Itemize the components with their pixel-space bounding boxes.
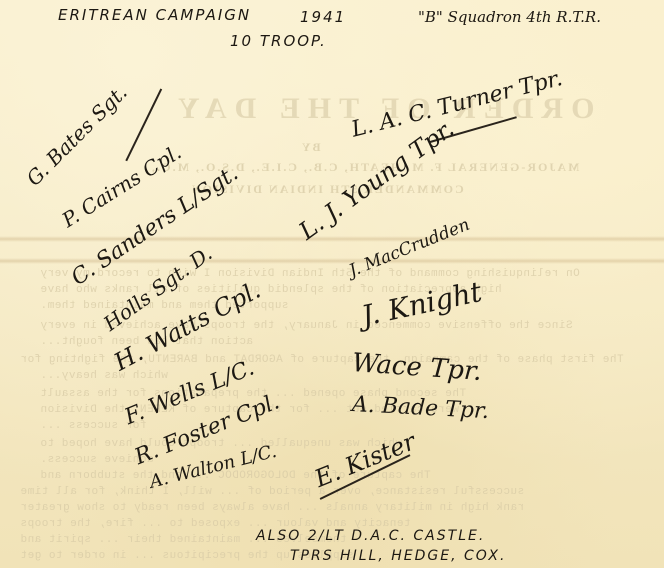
signature-name: A. Bade — [351, 392, 438, 421]
bleed-line: rank high in military annals ... have al… — [20, 502, 524, 514]
header-unit: "B" Squadron 4th R.T.R. — [418, 8, 601, 26]
bleed-line: which was heavy... — [40, 370, 168, 382]
footer-line-1: ALSO 2/LT D.A.C. CASTLE. — [256, 528, 485, 544]
bleed-line: On relinquishing command of the 5th Indi… — [40, 268, 580, 280]
header-troop: 10 TROOP. — [230, 32, 327, 50]
bleed-line: successful resistance, over a period of … — [20, 486, 524, 498]
paper-fold — [0, 236, 664, 242]
signature-rank: Tpr. — [444, 397, 489, 424]
bleed-line: The first phase of the campaign, the cap… — [20, 354, 624, 366]
header-year: 1941 — [300, 8, 346, 26]
header-campaign: ERITREAN CAMPAIGN — [58, 6, 251, 24]
bleed-by: BY — [300, 140, 321, 155]
signature-name: Wace — [351, 348, 423, 383]
signature-rank: Tpr. — [429, 353, 483, 387]
bleed-line: which was unequalled ... troops could ha… — [40, 438, 402, 450]
footer-line-2: TPRS HILL, HEDGE, COX. — [290, 548, 506, 564]
